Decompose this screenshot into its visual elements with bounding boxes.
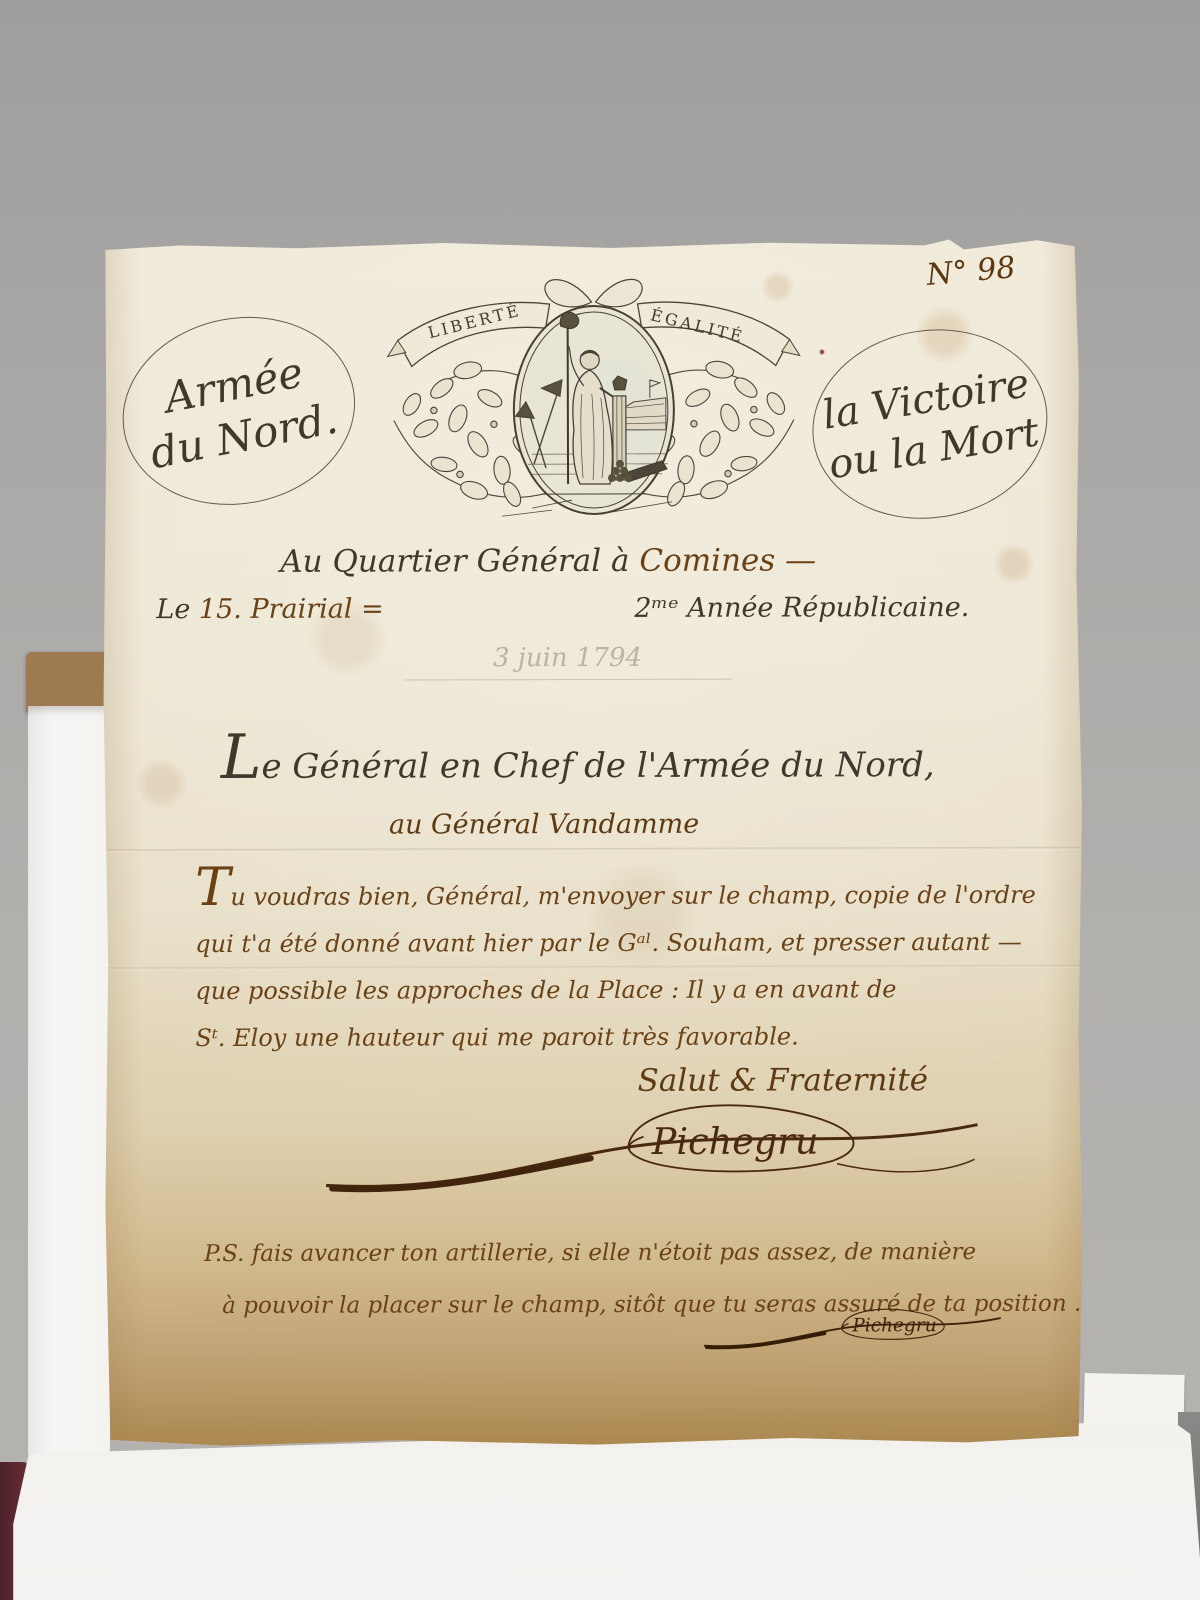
- document-number: N° 98: [925, 250, 1017, 293]
- ps-line-1: P.S. fais avancer ton artillerie, si ell…: [204, 1226, 1064, 1280]
- written-place: Comines —: [639, 542, 816, 578]
- book-page-stack: [28, 706, 110, 1454]
- ps-signature-flourish: Pichegru: [700, 1282, 1006, 1371]
- body-line-3: que possible les approches de la Place :…: [195, 966, 1055, 1015]
- medallion-oval: [502, 306, 675, 516]
- ps-signature-name: Pichegru: [851, 1315, 936, 1336]
- letter-body: Tu voudras bien, Général, m'envoyer sur …: [195, 872, 1055, 1062]
- dateline-place: Au Quartier Général à Comines —: [280, 542, 816, 579]
- dateline-date: Le 15. Prairial = 2ᵐᵉ Année Républicaine…: [156, 594, 383, 626]
- manuscript-document: N° 98 Armée du Nord. la Victoire ou la M…: [101, 238, 1084, 1449]
- signature-flourish: Pichegru: [314, 1086, 994, 1200]
- liberty-vignette-engraving: LIBERTÉ ÉGALITÉ: [381, 266, 806, 525]
- body-line-1: Tu voudras bien, Général, m'envoyer sur …: [195, 872, 1055, 921]
- body-line-4: Sᵗ. Eloy une hauteur qui me paroit très …: [195, 1013, 1055, 1062]
- letterhead-motto-oval: la Victoire ou la Mort: [798, 313, 1061, 536]
- book-top-edge: [26, 652, 110, 712]
- banner-liberte-label: LIBERTÉ: [426, 300, 523, 343]
- printed-place: Au Quartier Général à: [280, 543, 629, 580]
- letterhead-army-oval: Armée du Nord.: [106, 297, 372, 525]
- signature-name: Pichegru: [651, 1120, 819, 1163]
- pencil-annotation: 3 juin 1794: [402, 643, 732, 681]
- printed-le: Le: [156, 594, 190, 625]
- salutation-written: au Général Vandamme: [389, 809, 699, 841]
- salutation-printed: Le Général en Chef de l'Armée du Nord,: [221, 738, 935, 787]
- printed-year: 2ᵐᵉ Année Républicaine.: [634, 592, 969, 624]
- fold-crease: [103, 847, 1083, 853]
- body-line-2: qui t'a été donné avant hier par le Gᵃˡ.…: [195, 919, 1055, 968]
- written-date: 15. Prairial =: [199, 594, 384, 625]
